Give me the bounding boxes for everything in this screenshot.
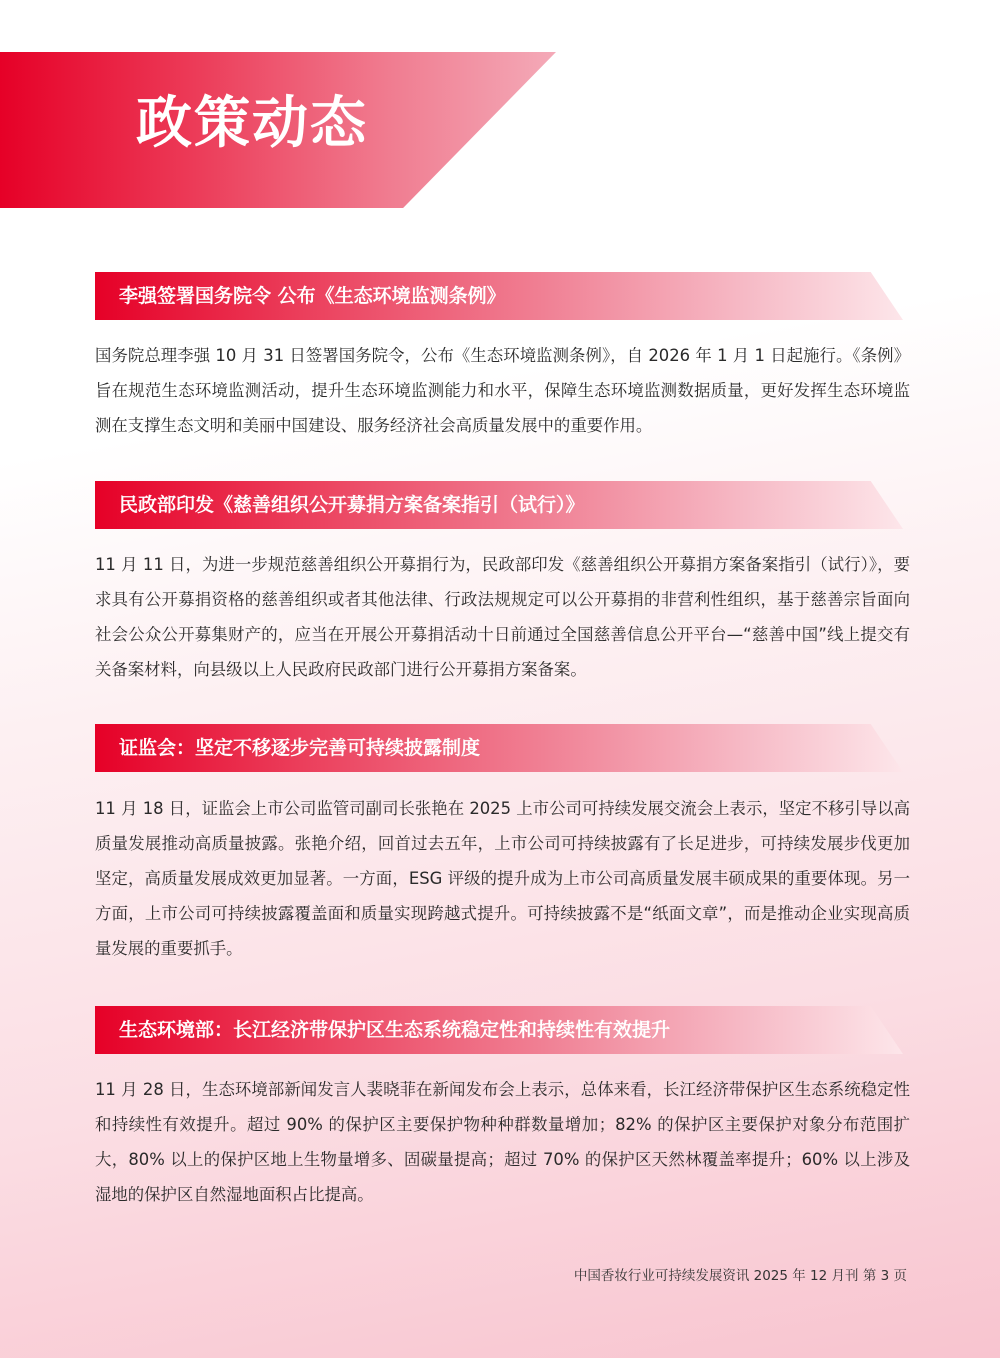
page-title: 政策动态 <box>136 82 368 166</box>
section-body-1: 国务院总理李强 10 月 31 日签署国务院令，公布《生态环境监测条例》，自 2… <box>95 338 910 443</box>
section-title: 生态环境部：长江经济带保护区生态系统稳定性和持续性有效提升 <box>119 1006 670 1054</box>
section-header-4: 生态环境部：长江经济带保护区生态系统稳定性和持续性有效提升 <box>95 1006 903 1054</box>
section-body-2: 11 月 11 日，为进一步规范慈善组织公开募捐行为，民政部印发《慈善组织公开募… <box>95 547 910 687</box>
section-body-4: 11 月 28 日，生态环境部新闻发言人裴晓菲在新闻发布会上表示，总体来看，长江… <box>95 1072 910 1212</box>
section-title: 民政部印发《慈善组织公开募捐方案备案指引（试行）》 <box>119 481 585 529</box>
section-header-3: 证监会：坚定不移逐步完善可持续披露制度 <box>95 724 903 772</box>
page-footer: 中国香妆行业可持续发展资讯 2025 年 12 月刊 第 3 页 <box>574 1264 907 1284</box>
section-title: 证监会：坚定不移逐步完善可持续披露制度 <box>119 724 480 772</box>
section-header-2: 民政部印发《慈善组织公开募捐方案备案指引（试行）》 <box>95 481 903 529</box>
section-title: 李强签署国务院令 公布《生态环境监测条例》 <box>119 272 506 320</box>
section-body-3: 11 月 18 日，证监会上市公司监管司副司长张艳在 2025 上市公司可持续发… <box>95 791 910 966</box>
section-header-1: 李强签署国务院令 公布《生态环境监测条例》 <box>95 272 903 320</box>
